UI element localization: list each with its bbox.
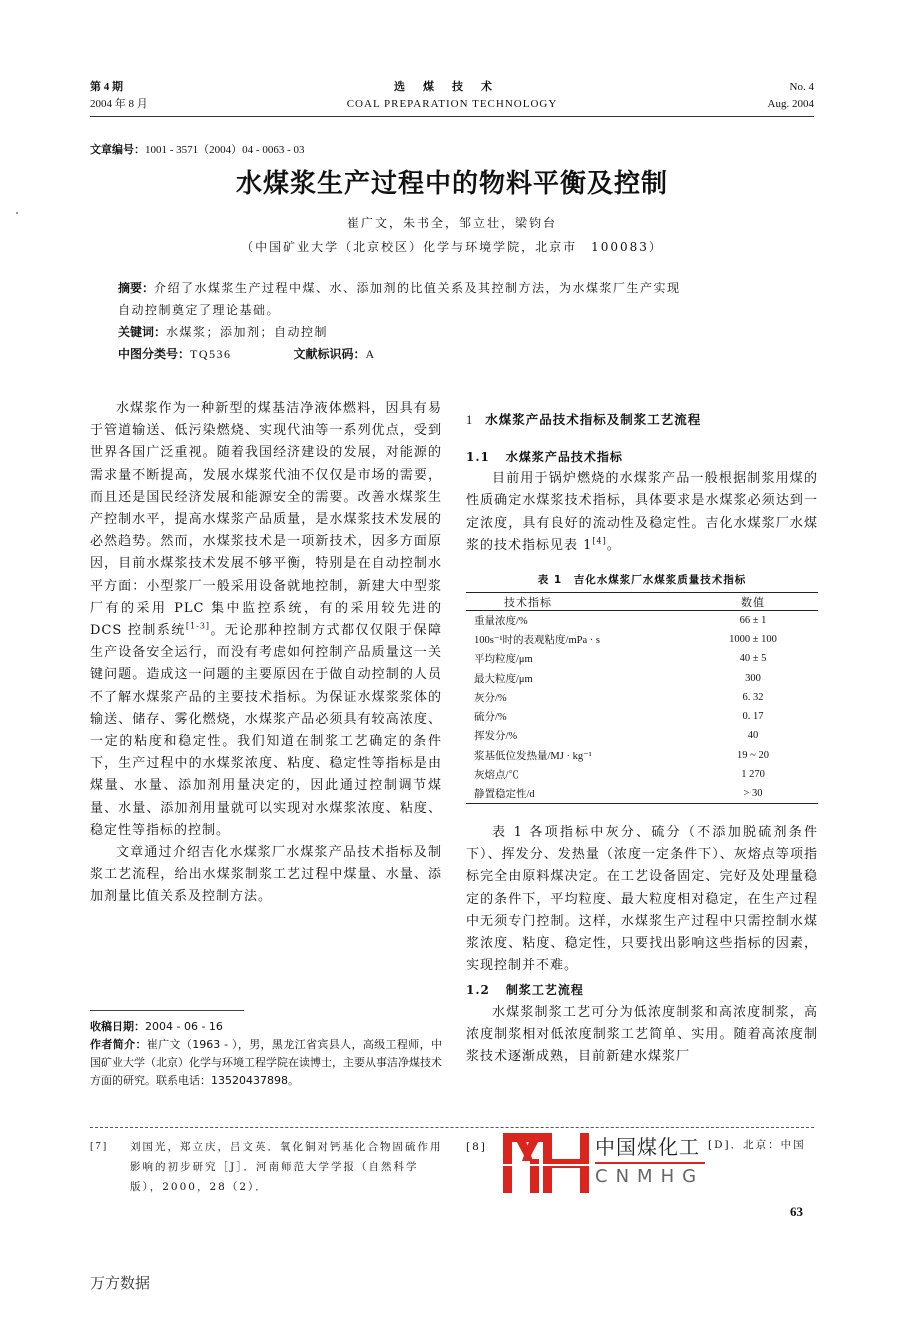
abstract-text-2: 自动控制奠定了理论基础。 bbox=[118, 299, 798, 321]
abstract-text-1: 介绍了水煤浆生产过程中煤、水、添加剂的比值关系及其控制方法，为水煤浆厂生产实现 bbox=[154, 281, 681, 295]
doc-code-value: A bbox=[366, 343, 376, 365]
table-header-row: 技术指标 数值 bbox=[466, 593, 818, 611]
table-row: 静置稳定性/d> 30 bbox=[466, 784, 818, 803]
section-1-2-number: 1.2 bbox=[466, 983, 490, 997]
received-label: 收稿日期： bbox=[90, 1020, 145, 1033]
table-header-indicator: 技术指标 bbox=[466, 593, 688, 611]
bio-label: 作者简介： bbox=[90, 1038, 147, 1051]
keywords-label: 关键词： bbox=[118, 325, 166, 339]
issue-cn: 第 4 期 bbox=[90, 81, 123, 93]
header-rule bbox=[90, 116, 814, 117]
article-number-value: 1001 - 3571（2004）04 - 0063 - 03 bbox=[145, 144, 305, 156]
indicator-cell: 挥发分/% bbox=[466, 726, 688, 745]
table-row: 平均粒度/μm40 ± 5 bbox=[466, 649, 818, 668]
table-row: 灰分/%6. 32 bbox=[466, 688, 818, 707]
section-1-2-paragraph: 水煤浆制浆工艺可分为低浓度制浆和高浓度制浆，高浓度制浆相对低浓度制浆工艺简单、实… bbox=[466, 1002, 818, 1069]
scan-speck bbox=[16, 212, 18, 214]
table-row: 最大粒度/μm300 bbox=[466, 668, 818, 687]
logo-name-en: CNMHG bbox=[595, 1166, 704, 1187]
journal-name-en: COAL PREPARATION TECHNOLOGY bbox=[250, 96, 654, 113]
right-column-top: 1.1水煤浆产品技术指标 目前用于锅炉燃烧的水煤浆产品一般根据制浆用煤的性质确定… bbox=[466, 446, 818, 557]
date-en: Aug. 2004 bbox=[768, 96, 814, 113]
indicator-cell: 灰分/% bbox=[466, 688, 688, 707]
indicator-cell: 浆基低位发热量/MJ · kg⁻¹ bbox=[466, 746, 688, 765]
footnote-rule bbox=[90, 1010, 244, 1011]
authors: 崔广文，朱书全，邹立壮，梁钧台 bbox=[90, 214, 814, 231]
intro-paragraph-2: 文章通过介绍吉化水煤浆厂水煤浆产品技术指标及制浆工艺流程，给出水煤浆制浆工艺过程… bbox=[90, 842, 442, 909]
value-cell: 40 ± 5 bbox=[688, 649, 818, 668]
clc-label: 中图分类号： bbox=[118, 343, 190, 365]
indicator-cell: 硫分/% bbox=[466, 707, 688, 726]
abstract: 摘要：介绍了水煤浆生产过程中煤、水、添加剂的比值关系及其控制方法，为水煤浆厂生产… bbox=[118, 277, 798, 299]
logo-underline bbox=[595, 1162, 705, 1164]
running-header-left: 第 4 期 2004 年 8 月 bbox=[90, 79, 148, 113]
logo-name-cn: 中国煤化工 bbox=[595, 1131, 700, 1160]
section-1-1-number: 1.1 bbox=[466, 450, 490, 464]
reference-7: [7] 刘国光，郑立庆，吕文英．氧化铜对钙基化合物固硫作用影响的初步研究［J］．… bbox=[90, 1137, 450, 1197]
table-1: 技术指标 数值 重量浓度/%66 ± 1 100s⁻¹时的表观粘度/mPa · … bbox=[466, 592, 818, 804]
indicator-cell: 灰熔点/℃ bbox=[466, 765, 688, 784]
indicator-cell: 平均粒度/μm bbox=[466, 649, 688, 668]
right-column-bottom: 表 1 各项指标中灰分、硫分（不添加脱硫剂条件下）、挥发分、发热量（浓度一定条件… bbox=[466, 822, 818, 1068]
section-1-1-text-a: 目前用于锅炉燃烧的水煤浆产品一般根据制浆用煤的性质确定水煤浆技术指标，具体要求是… bbox=[466, 471, 818, 553]
value-cell: 66 ± 1 bbox=[688, 611, 818, 630]
table-discussion-paragraph: 表 1 各项指标中灰分、硫分（不添加脱硫剂条件下）、挥发分、发热量（浓度一定条件… bbox=[466, 822, 818, 977]
reference-text: 刘国光，郑立庆，吕文英．氧化铜对钙基化合物固硫作用影响的初步研究［J］．河南师范… bbox=[130, 1137, 450, 1197]
section-1-title: 水煤浆产品技术指标及制浆工艺流程 bbox=[485, 412, 701, 427]
date-cn: 2004 年 8 月 bbox=[90, 96, 148, 113]
section-1-2-heading: 1.2制浆工艺流程 bbox=[466, 979, 818, 1001]
intro-text-a: 水煤浆作为一种新型的煤基洁净液体燃料，因具有易于管道输送、低污染燃烧、实现代油等… bbox=[90, 401, 442, 638]
reference-8-text: [D]．北京：中国 bbox=[708, 1137, 806, 1152]
value-cell: 19 ~ 20 bbox=[688, 746, 818, 765]
table-row: 灰熔点/℃1 270 bbox=[466, 765, 818, 784]
affiliation: （中国矿业大学（北京校区）化学与环境学院，北京市 100083） bbox=[90, 238, 814, 255]
table-row: 挥发分/%40 bbox=[466, 726, 818, 745]
citation-4: [4] bbox=[592, 536, 606, 545]
indicator-cell: 最大粒度/μm bbox=[466, 668, 688, 687]
paper-title: 水煤浆生产过程中的物料平衡及控制 bbox=[90, 163, 814, 200]
section-1-2-title: 制浆工艺流程 bbox=[506, 983, 584, 997]
wanfang-watermark: 万方数据 bbox=[90, 1272, 150, 1293]
reference-8-number: [8] bbox=[466, 1137, 487, 1157]
value-cell: 1000 ± 100 bbox=[688, 630, 818, 649]
running-header-right: No. 4 Aug. 2004 bbox=[768, 79, 814, 113]
mh-logo-mark-icon bbox=[503, 1131, 589, 1193]
value-cell: > 30 bbox=[688, 784, 818, 803]
section-1-heading: 1水煤浆产品技术指标及制浆工艺流程 bbox=[466, 410, 701, 428]
section-1-1-text-b: 。 bbox=[607, 538, 621, 553]
intro-paragraph-1: 水煤浆作为一种新型的煤基洁净液体燃料，因具有易于管道输送、低污染燃烧、实现代油等… bbox=[90, 398, 442, 842]
classification-row: 中图分类号：TQ536 文献标识码：A bbox=[118, 343, 798, 365]
page-number: 63 bbox=[790, 1204, 803, 1220]
section-1-1-title: 水煤浆产品技术指标 bbox=[506, 450, 623, 464]
article-number: 文章编号：1001 - 3571（2004）04 - 0063 - 03 bbox=[90, 141, 305, 157]
table-row: 浆基低位发热量/MJ · kg⁻¹19 ~ 20 bbox=[466, 746, 818, 765]
issue-en: No. 4 bbox=[768, 79, 814, 96]
section-1-number: 1 bbox=[466, 413, 473, 427]
indicator-cell: 静置稳定性/d bbox=[466, 784, 688, 803]
journal-name-cn: 选煤技术 bbox=[250, 79, 654, 96]
table-row: 硫分/%0. 17 bbox=[466, 707, 818, 726]
table-1-caption: 表 1 吉化水煤浆厂水煤浆质量技术指标 bbox=[466, 572, 818, 587]
cnmhg-logo: 中国煤化工 CNMHG bbox=[503, 1131, 725, 1193]
value-cell: 40 bbox=[688, 726, 818, 745]
indicator-cell: 重量浓度/% bbox=[466, 611, 688, 630]
reference-number: [7] bbox=[90, 1137, 130, 1197]
intro-text-b: 。无论那种控制方式都仅仅限于保障生产设备安全运行，而没有考虑如何控制产品质量这一… bbox=[90, 623, 442, 838]
section-1-1-paragraph: 目前用于锅炉燃烧的水煤浆产品一般根据制浆用煤的性质确定水煤浆技术指标，具体要求是… bbox=[466, 468, 818, 557]
indicator-cell: 100s⁻¹时的表观粘度/mPa · s bbox=[466, 630, 688, 649]
references-separator bbox=[90, 1127, 814, 1128]
received-value: 2004 - 06 - 16 bbox=[145, 1020, 223, 1033]
value-cell: 1 270 bbox=[688, 765, 818, 784]
keywords-text: 水煤浆；添加剂；自动控制 bbox=[166, 325, 328, 339]
clc-value: TQ536 bbox=[190, 343, 232, 365]
table-row: 100s⁻¹时的表观粘度/mPa · s1000 ± 100 bbox=[466, 630, 818, 649]
running-header-center: 选煤技术 COAL PREPARATION TECHNOLOGY bbox=[250, 79, 654, 113]
section-1-1-heading: 1.1水煤浆产品技术指标 bbox=[466, 446, 818, 468]
abstract-label: 摘要： bbox=[118, 281, 154, 295]
abstract-block: 摘要：介绍了水煤浆生产过程中煤、水、添加剂的比值关系及其控制方法，为水煤浆厂生产… bbox=[118, 277, 798, 365]
table-row: 重量浓度/%66 ± 1 bbox=[466, 611, 818, 630]
value-cell: 300 bbox=[688, 668, 818, 687]
value-cell: 6. 32 bbox=[688, 688, 818, 707]
citation-1-3: [1-3] bbox=[186, 622, 210, 631]
article-number-label: 文章编号： bbox=[90, 143, 145, 156]
value-cell: 0. 17 bbox=[688, 707, 818, 726]
doc-code-label: 文献标识码： bbox=[294, 343, 366, 365]
keywords: 关键词：水煤浆；添加剂；自动控制 bbox=[118, 321, 798, 343]
footnote: 收稿日期：2004 - 06 - 16 作者简介：崔广文（1963 - ），男，… bbox=[90, 1018, 442, 1090]
table-header-value: 数值 bbox=[688, 593, 818, 611]
left-column: 水煤浆作为一种新型的煤基洁净液体燃料，因具有易于管道输送、低污染燃烧、实现代油等… bbox=[90, 398, 442, 909]
